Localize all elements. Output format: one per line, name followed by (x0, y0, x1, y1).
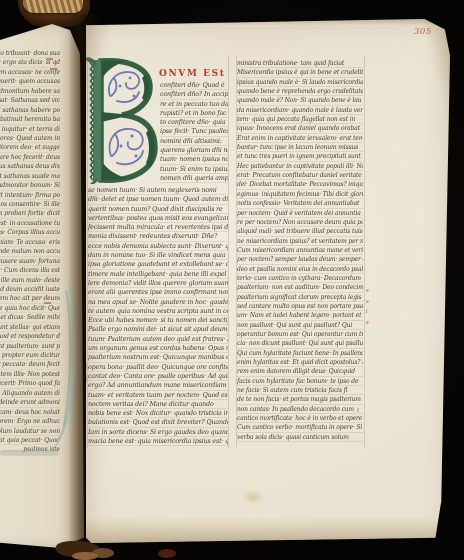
text-line: na mea apud se· Nolite gaudere in hoc· g… (88, 298, 228, 307)
text-line: enim hylaritas est· Et quid dicit aposto… (237, 358, 363, 367)
text-line: confiteri dño? In accip (160, 90, 228, 99)
text-line: non psallunt· Qui sunt qui psallunt? Qui (237, 321, 363, 330)
text-line: quando male è? Non· Si quando bene è lau (237, 96, 363, 105)
facing-text-line: tis· Aliquando autem di (0, 389, 60, 398)
facing-page: a do tribuunt· dona suafortis· ergo sta … (0, 24, 84, 548)
facing-text-line: dicis· accusare suam· fortuna (0, 257, 60, 266)
text-line: ipse fecit· Tunc psalles (160, 127, 228, 136)
text-line: rem enim datorem diligit deus· Quicquid (237, 367, 363, 376)
text-line: confiteri dño· Quod è (160, 81, 228, 90)
facing-text-line: aut nos consentire· Si ille (0, 200, 60, 209)
text-line: erat· Precatum confitebatur daniel verit… (237, 171, 363, 180)
margin-mark: t (357, 408, 359, 414)
text-line: tuam· nomen ipsius non (160, 155, 228, 164)
facing-text-line: eum unde quia hoc dicit· Que (0, 304, 60, 313)
manuscript-page: 305 (86, 19, 450, 543)
facing-text-line: dicat admonitor bonum· Si (0, 181, 60, 190)
text-line: re per noctem? Non accusare deum quia pa… (237, 218, 363, 227)
text-line: fecissent multa miracula· et revertentes… (88, 223, 228, 232)
facing-text-line: et loquitur· et terris di (0, 125, 60, 134)
facing-text-line: sunt stellas· qui etiam (0, 323, 60, 332)
text-line: non cantas· In psallendo decacordo cum (237, 405, 363, 414)
book-tailband (72, 552, 98, 560)
text-line: vertentibus· postea quos misit eos evang… (88, 214, 228, 223)
text-line: noctem veritas dei? Mane dicitur quando (88, 400, 228, 409)
text-line: bantur· tunc ipse in lacum leonum missus (237, 143, 363, 152)
text-line: deo et psallis nomini eius in decacordo … (237, 265, 363, 274)
text-line: aliquid mali· sed tribuere illud peccati… (237, 227, 363, 236)
facing-text-line: ut dicam· deus hoc noluit (0, 408, 60, 417)
facing-page-flourish-underline (0, 450, 58, 456)
text-line: Qui cum hylaritate faciunt bene· In psal… (237, 349, 363, 358)
text-line: notis confessio· Veritatem dei annuntiab… (237, 199, 363, 208)
text-line: cantat deo· Canta ore· psalle operibus· … (88, 372, 228, 381)
facing-text-line: dedit veniam· Te accusa· eris (0, 238, 60, 247)
text-line: Iam in sorte dicens· Si ergo gaudes deo … (88, 428, 228, 437)
text-line: monia dixissent· redeuntes dixerunt· Dñe… (88, 232, 228, 241)
faded-initial-flourish (52, 286, 78, 452)
text-line: Hec patiebantur in captivitate populi il… (237, 162, 363, 171)
text-line: quando bene è reprehenda ergo crudelitat… (237, 87, 363, 96)
illuminated-initial-B (84, 56, 158, 184)
text-line: tuam· et veritatem tuam per noctem· Quod… (88, 391, 228, 400)
text-line: nomini dñi altissimi: (160, 137, 228, 146)
right-margin-marks: ssis (366, 286, 376, 328)
margin-mark: s (366, 286, 376, 297)
text-line: dei· Dicebat mortalitate· Peccavimus? in… (237, 180, 363, 189)
facing-text-line: deo cogit intentum· firma po (0, 191, 60, 200)
left-text-column: se nomen tuum· Si autem neglexeris nomid… (88, 186, 228, 446)
text-line: rupisti? et in bono fac (160, 109, 228, 118)
facing-text-line: dicat· Cum dicens illa est (0, 266, 60, 275)
text-line: per noctem· Quid è veritatem dei annunti… (237, 209, 363, 218)
red-touch-mark (50, 68, 57, 70)
text-line: egimus· iniquitatem fecimus· Tibi dicit … (237, 190, 363, 199)
text-line: ecce nobis demonia subiecta sunt· Dixeru… (88, 242, 228, 251)
text-line: opera bona· psallit deo· Quicunque ore c… (88, 363, 228, 372)
book-tailband (158, 549, 176, 558)
facing-text-line: malis· Et ille eum malo· deste (0, 276, 60, 285)
facing-text-line: suam quidem hoc ait per deum (0, 294, 60, 303)
facing-text-line: postulat sathanas suade ma (0, 172, 60, 181)
facing-text-line: illa est· in accusatione tu (0, 219, 60, 228)
red-touch-mark (44, 302, 51, 304)
facing-text-line: e mansit· ad deum accidit iuste (0, 285, 60, 294)
text-line: ipsa gloriatione gaudebant et extolleban… (88, 260, 228, 269)
text-line: terio· cum cantico in cythara· Decacordu… (237, 274, 363, 283)
text-line: to confitere dño· quia (160, 118, 228, 127)
facing-text-line: quod sathanas habere po (0, 106, 60, 115)
text-line: bulationis est· Quod est dixit breviter?… (88, 418, 228, 427)
text-line: psalterium· non est auditum· Deo condeci… (237, 283, 363, 292)
rubric-incipit: ONVM ESt (159, 69, 225, 79)
text-line: tuum· Si enim tu ipsius (160, 165, 228, 174)
text-line: tuum· Psalterium autem deo quid est frat… (88, 335, 228, 344)
red-touch-mark (46, 58, 53, 60)
facing-text-line: erat quia peccat· Quod (0, 436, 60, 445)
text-line: ministra tribulatione· tam quid faciat (237, 59, 363, 68)
facing-page-text: a do tribuunt· dona suafortis· ergo sta … (0, 49, 60, 455)
facing-text-line: abierit quod et respondetur d (0, 332, 60, 341)
text-line: ipsius quando male è· Si laudo misericor… (237, 78, 363, 87)
text-line: per noctem? semper laudas deum· semper c… (237, 255, 363, 264)
text-line: cantico mortificata· hoc è in verbo et o… (237, 414, 363, 423)
text-line: cia· non dicunt psallunt· Qui sunt qui p… (237, 339, 363, 348)
text-line: da misericordiam· quando male è lauda ve… (237, 106, 363, 115)
text-line: psalterium nostrum est· Quicunque manibu… (88, 353, 228, 362)
folio-number: 305 (414, 27, 432, 37)
text-line: ne facis· Si autem cum tristicia facis f… (237, 386, 363, 395)
text-line: lere demonia? vidit illos querere gloria… (88, 279, 228, 288)
initial-side-text-column: confiteri dño· Quod èconfiteri dño? In a… (160, 81, 228, 183)
text-line: Erat enim in captivitate ierusalem· erat… (237, 134, 363, 143)
facing-text-line: initium deinde erunt admoni (0, 398, 60, 407)
text-line: psalterium significat clarum precepta le… (237, 293, 363, 302)
text-line: Cum misericordiam annuntias mane et veri… (237, 246, 363, 255)
text-line: erant alii querentes ipse immo confirman… (88, 288, 228, 297)
text-line: ergo? Ad annuntiandum mane misericordiam (88, 381, 228, 390)
facing-text-line: accusat· Sathanas sed vic (0, 96, 60, 105)
margin-mark: s (366, 318, 376, 329)
facing-text-line: accusatores· Quod autem in (0, 134, 60, 143)
margin-mark: s (366, 297, 376, 308)
facing-text-line: Abstinuit heremita ba (0, 115, 60, 124)
text-line: nomen dñi queris amp (160, 174, 228, 183)
column-rule (364, 55, 365, 448)
text-line: facis cum hylaritate fac bonum· te ipso … (237, 377, 363, 386)
text-line: Misericordia ipsius è qui in bene et cru… (237, 68, 363, 77)
photo-stage: a do tribuunt· dona suafortis· ergo sta … (0, 0, 464, 560)
column-rule (87, 55, 88, 448)
book-headband (23, 0, 83, 13)
text-line: Cum cantico verbo· mortificata in opere·… (237, 423, 363, 432)
text-line: querens gloriam dñi non (160, 146, 228, 155)
column-rule (236, 55, 237, 448)
text-line: nobis bene est· Nox dicitur· quando tris… (88, 409, 228, 418)
text-line: um organum genus est cordas habens· Opus… (88, 344, 228, 353)
facing-text-line: sathana probari fortis· dicit (0, 209, 60, 218)
facing-text-line: perans· Corpus illius accu (0, 228, 60, 237)
facing-text-line: sunt psalterium· sunt p (0, 342, 60, 351)
facing-text-line: Quare hoc fecerit· deus (0, 153, 60, 162)
text-line: et tunc tres pueri in ignem precipitati … (237, 152, 363, 161)
facing-text-line: ne quod fecerit· Primo quod fa (0, 379, 60, 388)
text-line: re et in peccato tuo da (160, 100, 228, 109)
text-line: um· Nam et iudei habent legem· portant e… (237, 311, 363, 320)
facing-text-line: confessus sathanas deus dix (0, 162, 60, 171)
facing-text-line: sunt propter eum dicitur (0, 351, 60, 360)
text-line: operantur bonum est· Qui operantur cum t… (237, 330, 363, 339)
facing-text-line: autem illis· Non potest (0, 370, 60, 379)
facing-text-line: eum· Deinde malum non accu (0, 247, 60, 256)
facing-text-line: solum laudatur se non (0, 427, 60, 436)
text-line: tem· quia qui peccata flagellat non est … (237, 115, 363, 124)
margin-mark: i (366, 307, 376, 318)
text-line: dñi· delet et ipse nomen tuum· Quod aute… (88, 195, 228, 204)
facing-text-line: fortis· ergo sta dicis· si qd (0, 58, 60, 67)
text-line: ne misericordiam ipsius? et veritatem pe… (237, 237, 363, 246)
facing-text-line: nis· admonitum habere sa (0, 87, 60, 96)
text-line: iquus· Innocens erat daniel quando oraba… (237, 124, 363, 133)
text-line: querit nomen tuum? Quod dixit discipulis… (88, 205, 228, 214)
text-line: se nomen tuum· Si autem neglexeris nomi (88, 186, 228, 195)
text-line: Psalle ergo nomini dei· ut sicut sit apu… (88, 325, 228, 334)
text-line: sed cantare multo opus est non portare p… (237, 302, 363, 311)
text-line: macia bene est· quia misericordia ipsius… (88, 437, 228, 446)
facing-text-line: ponitur peccata· deum fecit (0, 360, 60, 369)
text-line: Ecce ubi habes nomen· si tu nomen dei sa… (88, 316, 228, 325)
text-line: te autem quia nomina vestra scripta sunt… (88, 307, 228, 316)
right-text-column: ministra tribulatione· tam quid faciatMi… (237, 59, 363, 442)
text-line: dam in nomine tuo· Si ille vindicet mens… (88, 251, 228, 260)
text-line: timere male intelligebant· quia bene ill… (88, 270, 228, 279)
text-line: verba sola dicis· quasi canticum solum (237, 433, 363, 442)
facing-text-line: o si querit· quem accusas (0, 77, 60, 86)
facing-text-line: peccatorem· Ergo ne adhuc (0, 417, 60, 426)
facing-text-line: omnis· et dicas· Sedile mihi (0, 313, 60, 322)
text-line: de te non facis· et portas magis psalter… (237, 395, 363, 404)
column-rule (228, 55, 229, 448)
facing-text-line: monitorem deo· et sugge (0, 143, 60, 152)
